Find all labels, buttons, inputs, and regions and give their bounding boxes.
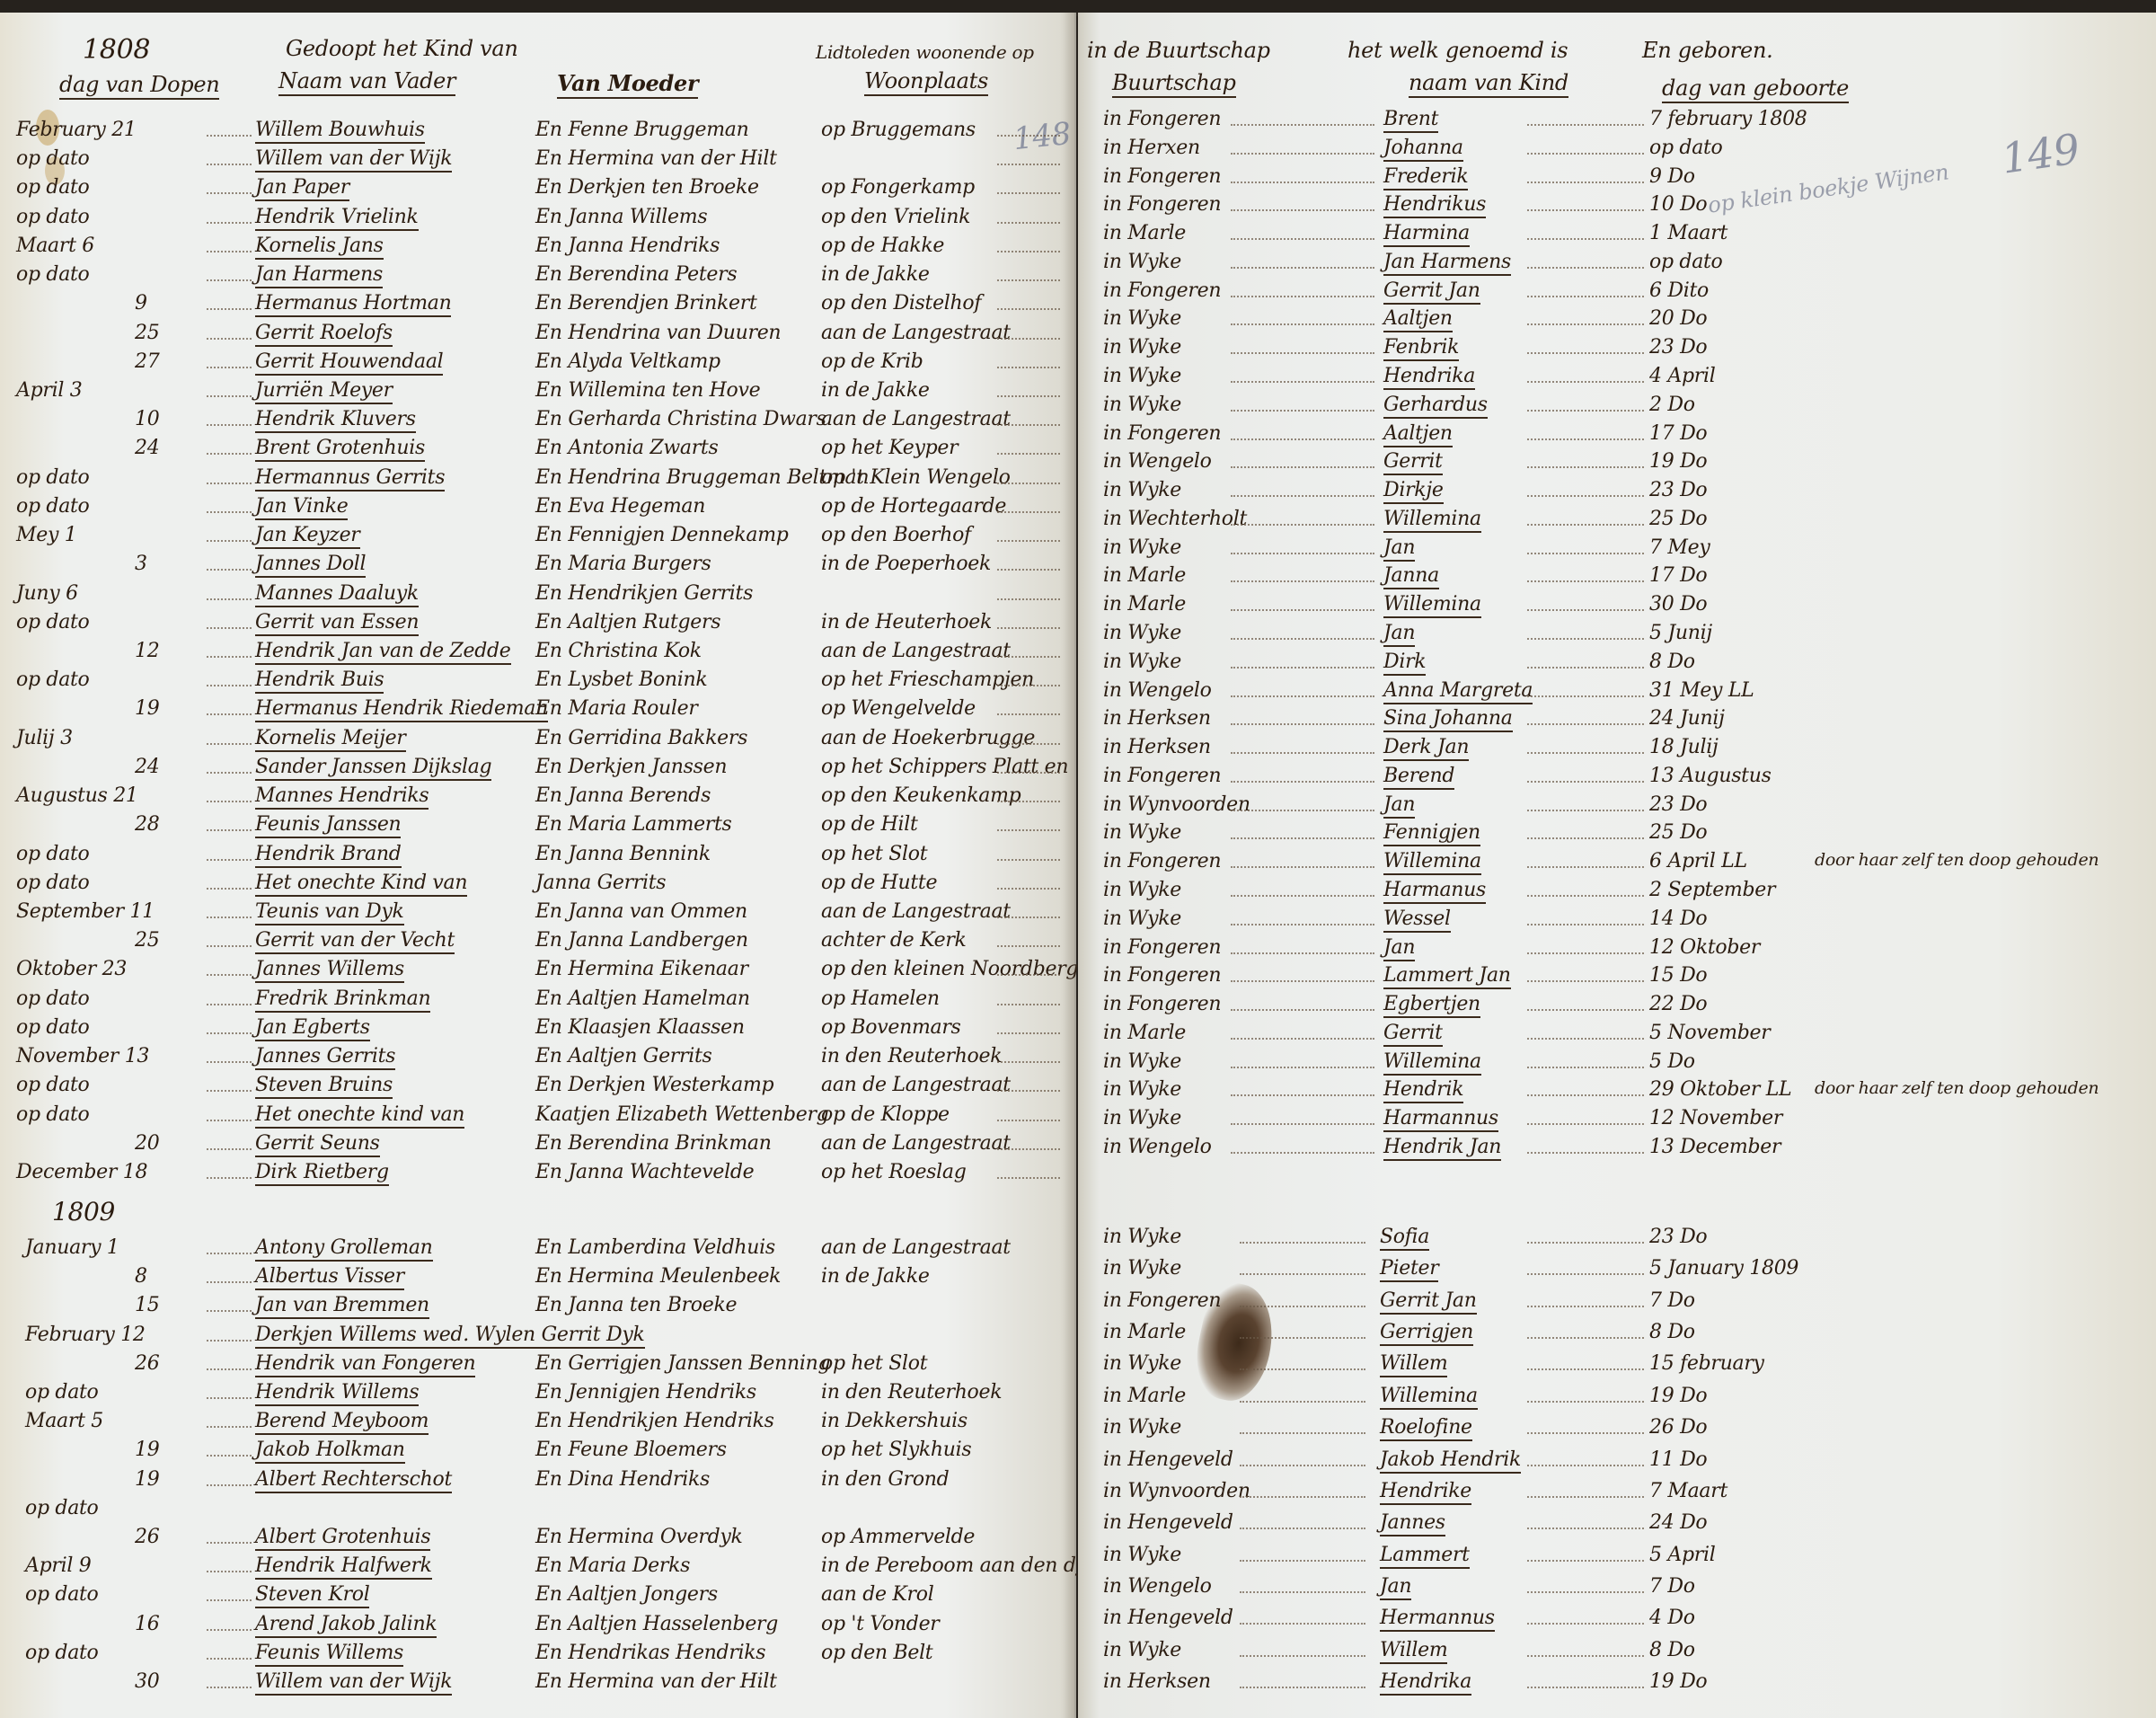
leader-dots — [207, 222, 252, 224]
residence: in den Reuterhoek — [821, 1381, 1002, 1404]
child-name: Sina Johanna — [1383, 707, 1513, 732]
father-name: Albertus Visser — [255, 1265, 404, 1290]
mother-name: En Fennigjen Dennekamp — [535, 524, 789, 546]
leader-dots — [207, 395, 252, 397]
baptism-date: op dato — [16, 872, 90, 894]
leader-dots — [1527, 1337, 1644, 1339]
residence: op het Slot — [821, 1352, 927, 1375]
birth-date: 26 Do — [1649, 1416, 1707, 1439]
hamlet: in Wyke — [1103, 908, 1181, 930]
birth-date: 23 Do — [1649, 1226, 1707, 1248]
hamlet: in Wyke — [1103, 1226, 1181, 1248]
birth-date: 7 Maart — [1649, 1480, 1727, 1502]
leader-dots — [1527, 1687, 1644, 1688]
residence: op de Kloppe — [821, 1103, 950, 1126]
leader-dots — [207, 917, 252, 918]
leader-dots — [1527, 182, 1644, 183]
mother-name: En Aaltjen Jongers — [535, 1583, 718, 1606]
leader-dots — [1527, 1038, 1644, 1040]
leader-dots — [1527, 352, 1644, 354]
hamlet: in Wyke — [1103, 365, 1181, 387]
child-name: Jakob Hendrik — [1380, 1448, 1521, 1474]
child-name: Anna Margreta — [1383, 679, 1533, 704]
header-hamlet: Buurtschap — [1112, 70, 1236, 98]
birth-date: 5 Junij — [1649, 622, 1712, 644]
baptism-date: op dato — [16, 206, 90, 228]
baptism-date: 19 — [135, 1439, 159, 1461]
leader-dots — [1527, 1123, 1644, 1125]
mother-name: En Willemina ten Hove — [535, 379, 760, 402]
leader-dots — [207, 859, 252, 861]
leader-dots — [207, 1455, 252, 1457]
leader-dots — [997, 251, 1060, 252]
leader-dots — [207, 1658, 252, 1660]
leader-dots — [207, 1687, 252, 1688]
leader-dots — [1527, 895, 1644, 897]
hamlet: in Wyke — [1103, 307, 1181, 330]
mother-name: En Maria Derks — [535, 1554, 690, 1577]
birth-date: 23 Do — [1649, 793, 1707, 816]
residence: aan de Krol — [821, 1583, 933, 1606]
hamlet: in Marle — [1103, 222, 1186, 244]
header-mother-name: Van Moeder — [557, 70, 698, 99]
baptism-date: 25 — [135, 929, 159, 952]
birth-date: 19 Do — [1649, 1670, 1707, 1693]
leader-dots — [207, 251, 252, 252]
birth-date: 19 Do — [1649, 450, 1707, 473]
leader-dots — [207, 1629, 252, 1631]
leader-dots — [207, 279, 252, 281]
hamlet: in Wyke — [1103, 622, 1181, 644]
child-name: Frederik — [1383, 165, 1468, 190]
leader-dots — [997, 1004, 1060, 1005]
child-name: Jan — [1383, 536, 1415, 562]
father-name: Kornelis Meijer — [255, 727, 406, 752]
birth-date: 13 December — [1649, 1136, 1780, 1158]
leader-dots — [207, 367, 252, 368]
leader-dots — [1527, 1528, 1644, 1529]
hamlet: in Hengeveld — [1103, 1607, 1233, 1629]
residence: in de Heuterhoek — [821, 611, 992, 633]
leader-dots — [1231, 866, 1374, 868]
leader-dots — [207, 1310, 252, 1312]
mother-name: En Lysbet Bonink — [535, 669, 707, 691]
leader-dots — [1527, 1067, 1644, 1068]
leader-dots — [997, 743, 1060, 745]
header-father-name: Naam van Vader — [278, 68, 455, 96]
child-name: Fennigjen — [1383, 821, 1480, 846]
child-name: Hendrika — [1383, 365, 1475, 390]
child-name: Hendrike — [1380, 1480, 1471, 1505]
leader-dots — [1231, 296, 1374, 297]
father-name: Hendrik Brand — [255, 843, 402, 868]
header-baptized-child-of: Gedoopt het Kind van — [286, 36, 518, 61]
father-name: Jan van Bremmen — [255, 1294, 429, 1319]
child-name: Gerhardus — [1383, 394, 1488, 419]
leader-dots — [207, 656, 252, 658]
mother-name: En Hendrina van Duuren — [535, 322, 781, 344]
leader-dots — [1231, 1038, 1374, 1040]
leader-dots — [207, 598, 252, 600]
father-name: Steven Bruins — [255, 1074, 393, 1099]
residence: op 't Vonder — [821, 1613, 940, 1635]
leader-dots — [1240, 1337, 1365, 1339]
leader-dots — [1527, 1401, 1644, 1403]
leader-dots — [207, 453, 252, 455]
leader-dots — [1527, 810, 1644, 811]
father-name: Willem van der Wijk — [255, 147, 452, 173]
hamlet: in Wyke — [1103, 1352, 1181, 1375]
father-name: Jannes Willems — [255, 958, 404, 983]
father-name: Feunis Janssen — [255, 813, 401, 838]
child-name: Jan — [1383, 622, 1415, 647]
leader-dots — [997, 338, 1060, 340]
birth-date: 4 Do — [1649, 1607, 1695, 1629]
leader-dots — [1231, 553, 1374, 554]
father-name: Hendrik Willems — [255, 1381, 419, 1406]
leader-dots — [1231, 580, 1374, 582]
leader-dots — [1231, 1152, 1374, 1154]
birth-date: 11 Do — [1649, 1448, 1707, 1471]
leader-dots — [997, 713, 1060, 715]
leader-dots — [1231, 723, 1374, 725]
leader-dots — [997, 222, 1060, 224]
mother-name: En Aaltjen Hasselenberg — [535, 1613, 778, 1635]
residence: aan de Langestraat — [821, 1074, 1011, 1096]
father-name: Jurriën Meyer — [255, 379, 393, 404]
leader-dots — [1527, 1496, 1644, 1498]
mother-name: En Aaltjen Rutgers — [535, 611, 720, 633]
leader-dots — [207, 511, 252, 513]
hamlet: in Wengelo — [1103, 450, 1212, 473]
mother-name: En Hermina van der Hilt — [535, 1670, 777, 1693]
leader-dots — [207, 801, 252, 802]
leader-dots — [997, 801, 1060, 802]
father-name: Hermanus Hortman — [255, 292, 451, 317]
hamlet: in Wyke — [1103, 479, 1181, 501]
mother-name: En Hendrikjen Gerrits — [535, 582, 753, 605]
birth-date: 25 Do — [1649, 508, 1707, 530]
mother-name: En Hermina Meulenbeek — [535, 1265, 781, 1288]
birth-date: 30 Do — [1649, 593, 1707, 615]
birth-date: 5 November — [1649, 1022, 1770, 1044]
hamlet: in Fongeren — [1103, 993, 1221, 1015]
mother-name: En Jennigjen Hendriks — [535, 1381, 756, 1404]
birth-date: 10 Do — [1649, 193, 1707, 216]
leader-dots — [1240, 1306, 1365, 1307]
mother-name: En Hendrikjen Hendriks — [535, 1410, 774, 1432]
leader-dots — [1231, 609, 1374, 611]
leader-dots — [1240, 1368, 1365, 1370]
child-name: Willem — [1380, 1352, 1447, 1377]
leader-dots — [207, 1090, 252, 1092]
baptism-date: 8 — [135, 1265, 147, 1288]
leader-dots — [997, 367, 1060, 368]
mother-name: En Fenne Bruggeman — [535, 119, 748, 141]
child-name: Willem — [1380, 1639, 1447, 1664]
residence: op 't Klein Wengelo — [821, 466, 1011, 489]
leader-dots — [1231, 410, 1374, 412]
leader-dots — [1231, 695, 1374, 697]
child-name: Aaltjen — [1383, 307, 1453, 332]
father-name: Gerrit Seuns — [255, 1132, 380, 1157]
leader-dots — [1527, 1273, 1644, 1275]
baptism-date: op dato — [25, 1497, 99, 1519]
hamlet: in Fongeren — [1103, 422, 1221, 445]
leader-dots — [997, 917, 1060, 918]
hamlet: in Marle — [1103, 1321, 1186, 1343]
mother-name: En Maria Burgers — [535, 553, 711, 575]
leader-dots — [997, 308, 1060, 310]
leader-dots — [1231, 781, 1374, 783]
mother-name: En Janna Berends — [535, 784, 711, 807]
hamlet: in Herxen — [1103, 137, 1200, 159]
leader-dots — [1527, 238, 1644, 240]
baptism-date: April 9 — [25, 1554, 91, 1577]
birth-date: 6 Dito — [1649, 279, 1709, 302]
child-name: Harmannus — [1383, 1107, 1498, 1132]
hamlet: in Herksen — [1103, 1670, 1211, 1693]
residence: in de Jakke — [821, 379, 930, 402]
child-name: Hendrik Jan — [1383, 1136, 1501, 1161]
margin-note: door haar zelf ten doop gehouden — [1815, 850, 2099, 870]
birth-date: 5 Do — [1649, 1050, 1695, 1073]
residence: aan de Langestraat — [821, 322, 1011, 344]
leader-dots — [207, 888, 252, 890]
mother-name: En Dina Hendriks — [535, 1468, 710, 1491]
baptism-date: Julij 3 — [16, 727, 73, 749]
residence: achter de Kerk — [821, 929, 967, 952]
hamlet: in Herksen — [1103, 736, 1211, 758]
header-birth-day: dag van geboorte — [1662, 75, 1849, 103]
header-residence: Woonplaats — [864, 68, 988, 96]
leader-dots — [207, 743, 252, 745]
leader-dots — [207, 685, 252, 686]
father-name: Fredrik Brinkman — [255, 987, 430, 1013]
leader-dots — [997, 1120, 1060, 1121]
residence: op het Frieschampjen — [821, 669, 1034, 691]
baptism-date: 15 — [135, 1294, 159, 1316]
father-name: Hendrik Kluvers — [255, 408, 416, 433]
child-name: Hendrik — [1383, 1078, 1463, 1103]
leader-dots — [1527, 980, 1644, 982]
mother-name: En Aaltjen Gerrits — [535, 1045, 712, 1067]
hamlet: in Wechterholt — [1103, 508, 1247, 530]
birth-date: op dato — [1649, 137, 1723, 159]
leader-dots — [997, 685, 1060, 686]
leader-dots — [207, 713, 252, 715]
child-name: Jan Harmens — [1383, 251, 1511, 276]
residence: op den Vrielink — [821, 206, 970, 228]
leader-dots — [1231, 495, 1374, 497]
mother-name: En Janna van Ommen — [535, 900, 747, 923]
leader-dots — [997, 511, 1060, 513]
birth-date: 17 Do — [1649, 422, 1707, 445]
birth-date: 9 Do — [1649, 165, 1695, 188]
birth-date: 8 Do — [1649, 1321, 1695, 1343]
leader-dots — [1527, 924, 1644, 925]
hamlet: in Wyke — [1103, 1107, 1181, 1129]
leader-dots — [1231, 381, 1374, 383]
baptism-date: op dato — [16, 987, 90, 1010]
leader-dots — [1527, 952, 1644, 954]
baptism-date: 12 — [135, 640, 159, 662]
mother-name: En Derkjen Westerkamp — [535, 1074, 773, 1096]
leader-dots — [1231, 752, 1374, 754]
leader-dots — [1527, 323, 1644, 325]
mother-name: En Eva Hegeman — [535, 495, 705, 518]
leader-dots — [997, 859, 1060, 861]
father-name: Dirk Rietberg — [255, 1161, 389, 1186]
residence: op de Krib — [821, 350, 923, 373]
leader-dots — [997, 772, 1060, 774]
leader-dots — [997, 974, 1060, 976]
child-name: Willemina — [1383, 850, 1481, 875]
leader-dots — [207, 1061, 252, 1063]
birth-date: 8 Do — [1649, 651, 1695, 673]
leader-dots — [1527, 752, 1644, 754]
leader-dots — [1231, 438, 1374, 440]
residence: op het Slot — [821, 843, 927, 865]
leader-dots — [997, 1177, 1060, 1179]
hamlet: in Wyke — [1103, 1416, 1181, 1439]
child-name: Berend — [1383, 765, 1454, 790]
baptism-date: op dato — [16, 495, 90, 518]
child-name: Harmanus — [1383, 879, 1486, 904]
mother-name: En Janna Willems — [535, 206, 707, 228]
residence: op den Distelhof — [821, 292, 981, 314]
right-page: in de Buurtschap het welk genoemd is En … — [1078, 13, 2156, 1718]
leader-dots — [997, 945, 1060, 947]
leader-dots — [1527, 667, 1644, 669]
child-name: Jan — [1380, 1575, 1411, 1600]
leader-dots — [1240, 1432, 1365, 1434]
hamlet: in Fongeren — [1103, 279, 1221, 302]
baptism-date: Maart 6 — [16, 235, 94, 257]
father-name: Steven Krol — [255, 1583, 369, 1608]
leader-dots — [1240, 1401, 1365, 1403]
father-name: Jan Paper — [255, 176, 349, 201]
hamlet: in Wengelo — [1103, 1575, 1212, 1598]
hamlet: in Fongeren — [1103, 765, 1221, 787]
leader-dots — [997, 1032, 1060, 1034]
leader-dots — [1527, 1368, 1644, 1370]
leader-dots — [997, 483, 1060, 484]
child-name: Roelofine — [1380, 1416, 1472, 1441]
child-name: Jan — [1383, 936, 1415, 961]
baptism-date: Maart 5 — [25, 1410, 103, 1432]
birth-date: 4 April — [1649, 365, 1715, 387]
father-name: Sander Janssen Dijkslag — [255, 756, 491, 781]
birth-date: 2 September — [1649, 879, 1775, 901]
child-name: Hendrika — [1380, 1670, 1471, 1696]
mother-name: En Feune Bloemers — [535, 1439, 727, 1461]
mother-name: En Gerridina Bakkers — [535, 727, 747, 749]
child-name: Wessel — [1383, 908, 1451, 933]
leader-dots — [1231, 209, 1374, 211]
birth-date: 25 Do — [1649, 821, 1707, 844]
leader-dots — [1231, 352, 1374, 354]
leader-dots — [207, 483, 252, 484]
birth-date: 12 Oktober — [1649, 936, 1760, 959]
mother-name: En Alyda Veltkamp — [535, 350, 720, 373]
leader-dots — [1231, 667, 1374, 669]
mother-name: En Janna Bennink — [535, 843, 711, 865]
child-name: Aaltjen — [1383, 422, 1453, 447]
residence: op Hamelen — [821, 987, 940, 1010]
baptism-date: 16 — [135, 1613, 159, 1635]
hamlet: in Wengelo — [1103, 1136, 1212, 1158]
leader-dots — [207, 1340, 252, 1342]
leader-dots — [1527, 1623, 1644, 1625]
residence: op de Hutte — [821, 872, 937, 894]
residence: op de Hilt — [821, 813, 918, 836]
mother-name: Janna Gerrits — [535, 872, 666, 894]
pencil-folio-number: 149 — [1999, 124, 2083, 183]
baptism-date: 19 — [135, 697, 159, 720]
mother-name: En Maria Rouler — [535, 697, 698, 720]
leader-dots — [207, 1004, 252, 1005]
baptism-date: 19 — [135, 1468, 159, 1491]
child-name: Gerrit — [1383, 450, 1443, 475]
birth-date: 29 Oktober LL — [1649, 1078, 1791, 1101]
leader-dots — [1240, 1273, 1365, 1275]
leader-dots — [1527, 1242, 1644, 1244]
leader-dots — [1231, 1094, 1374, 1096]
father-name: Mannes Hendriks — [255, 784, 429, 810]
child-name: Willemina — [1383, 1050, 1481, 1076]
leader-dots — [207, 424, 252, 426]
hamlet: in Fongeren — [1103, 964, 1221, 987]
child-name: Hermannus — [1380, 1607, 1495, 1632]
leader-dots — [1240, 1560, 1365, 1562]
hamlet: in Wyke — [1103, 1050, 1181, 1073]
leader-dots — [1231, 837, 1374, 839]
leader-dots — [1527, 609, 1644, 611]
father-name: Hermanus Hendrik Riedeman — [255, 697, 548, 722]
leader-dots — [997, 395, 1060, 397]
leader-dots — [1231, 238, 1374, 240]
leader-dots — [1527, 1152, 1644, 1154]
father-name: Gerrit van Essen — [255, 611, 419, 636]
leader-dots — [207, 540, 252, 542]
hamlet: in Marle — [1103, 593, 1186, 615]
father-name: Kornelis Jans — [255, 235, 384, 260]
hamlet: in Wyke — [1103, 1544, 1181, 1566]
leader-dots — [207, 974, 252, 976]
mother-name: Kaatjen Elizabeth Wettenberg — [535, 1103, 828, 1126]
leader-dots — [1231, 182, 1374, 183]
birth-date: 24 Do — [1649, 1511, 1707, 1534]
pencil-note: op klein boekje Wijnen — [1706, 159, 1950, 217]
birth-date: 12 November — [1649, 1107, 1782, 1129]
baptism-date: September 11 — [16, 900, 155, 923]
residence: in den Grond — [821, 1468, 949, 1491]
father-name: Brent Grotenhuis — [255, 437, 425, 462]
leader-dots — [1527, 466, 1644, 468]
baptism-date: op dato — [16, 1074, 90, 1096]
father-name: Jakob Holkman — [255, 1439, 405, 1464]
hamlet: in Fongeren — [1103, 108, 1221, 130]
father-name: Willem Bouwhuis — [255, 119, 425, 144]
child-name: Gerrit Jan — [1380, 1289, 1477, 1315]
mother-name: En Berendjen Brinkert — [535, 292, 757, 314]
leader-dots — [1240, 1496, 1365, 1498]
father-name: Jan Vinke — [255, 495, 348, 520]
leader-dots — [997, 540, 1060, 542]
hamlet: in Wyke — [1103, 336, 1181, 359]
baptism-date: 24 — [135, 756, 159, 778]
